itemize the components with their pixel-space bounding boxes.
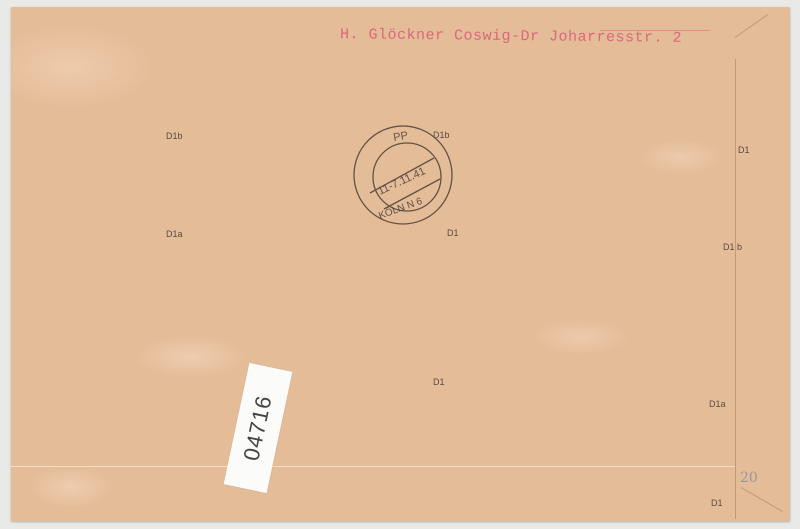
- inventory-number: 04716: [238, 393, 277, 463]
- postmark-bottom-text: KÖLN N 6: [377, 195, 424, 222]
- printed-code: D1: [711, 498, 723, 508]
- bottom-fold-line: [11, 466, 735, 467]
- printed-code: D1: [738, 145, 750, 155]
- printed-code: D1 b: [723, 242, 742, 252]
- flap-diagonal-top: [735, 14, 768, 38]
- postmark-top-text: PP: [392, 130, 409, 144]
- postmark-date: 11-7.11.41: [376, 165, 427, 197]
- pencil-note: 20: [740, 470, 758, 486]
- printed-code: D1a: [166, 229, 183, 239]
- envelope-back: [11, 7, 790, 521]
- printed-code: D1b: [166, 131, 183, 141]
- printed-code: D1b: [433, 130, 450, 140]
- printed-code: D1: [447, 228, 459, 238]
- sender-stamp: H. Glöckner Coswig-Dr Joharresstr. 2: [340, 26, 682, 47]
- side-flap-line: [735, 59, 736, 519]
- printed-code: D1a: [709, 399, 726, 409]
- printed-code: D1: [433, 377, 445, 387]
- flap-diagonal-bottom: [741, 487, 783, 512]
